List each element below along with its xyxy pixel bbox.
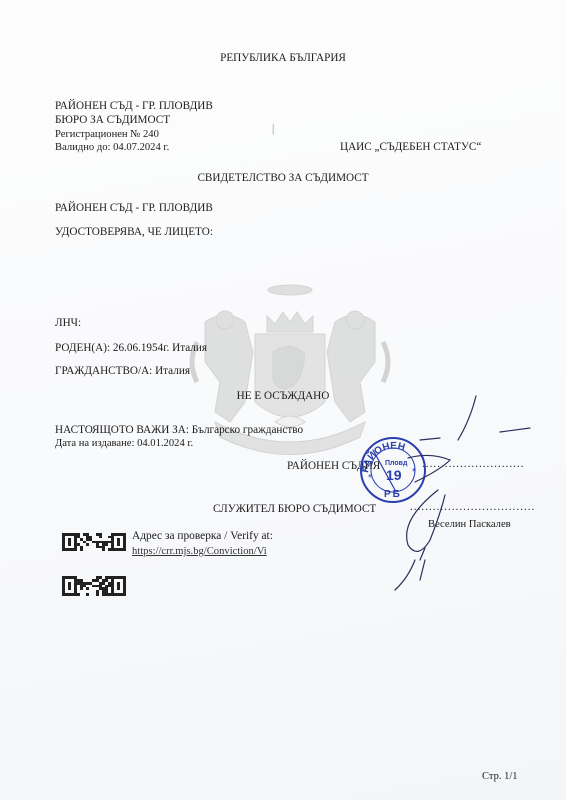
page-number: Стр. 1/1: [482, 770, 518, 783]
clerk-name: Веселин Паскалев: [428, 518, 511, 531]
system-name: ЦАИС „СЪДЕБЕН СТАТУС“: [340, 141, 481, 154]
qr-code-verify[interactable]: [62, 533, 126, 551]
certifying-court: РАЙОНЕН СЪД - ГР. ПЛОВДИВ: [55, 202, 213, 215]
verdict-status: НЕ Е ОСЪЖДАНО: [0, 390, 566, 403]
qr-code-secondary: [62, 576, 126, 596]
issuing-court: РАЙОНЕН СЪД - ГР. ПЛОВДИВ: [55, 100, 213, 113]
stamp-bottom-text: РБ: [384, 489, 402, 500]
birth-info: РОДЕН(А): 26.06.1954г. Италия: [55, 342, 207, 355]
certifies-statement: УДОСТОВЕРЯВА, ЧЕ ЛИЦЕТО:: [55, 226, 213, 239]
stamp-middle-text: Пловд: [385, 460, 408, 467]
svg-text:*: *: [412, 467, 416, 478]
registration-number: Регистрационен № 240: [55, 128, 159, 141]
lnch-label: ЛНЧ:: [55, 317, 81, 330]
valid-for: НАСТОЯЩОТО ВАЖИ ЗА: Българско гражданств…: [55, 424, 303, 437]
issue-date: Дата на издаване: 04.01.2024 г.: [55, 437, 193, 450]
citizenship-info: ГРАЖДАНСТВО/А: Италия: [55, 365, 190, 378]
redaction-mark: |: [272, 123, 274, 136]
verify-label: Адрес за проверка / Verify at:: [132, 530, 273, 543]
verify-link[interactable]: https://crr.mjs.bg/Conviction/Vi: [132, 545, 288, 558]
clerk-label: СЛУЖИТЕЛ БЮРО СЪДИМОСТ: [213, 503, 376, 516]
stamp-number: 19: [386, 467, 402, 483]
issuing-bureau: БЮРО ЗА СЪДИМОСТ: [55, 114, 170, 127]
clerk-signature-line: .................................: [410, 501, 535, 514]
valid-until: Валидно до: 04.07.2024 г.: [55, 141, 169, 154]
document-title: СВИДЕТЕЛСТВО ЗА СЪДИМОСТ: [0, 172, 566, 185]
svg-text:*: *: [368, 473, 372, 484]
republic-heading: РЕПУБЛИКА БЪЛГАРИЯ: [0, 52, 566, 65]
document-page: РЕПУБЛИКА БЪЛГАРИЯ РАЙОНЕН СЪД - ГР. ПЛО…: [0, 0, 566, 800]
official-stamp: РАЙОНЕН Пловд 19 * * РБ: [358, 435, 428, 505]
judge-signature-line: ...........................: [422, 458, 525, 471]
